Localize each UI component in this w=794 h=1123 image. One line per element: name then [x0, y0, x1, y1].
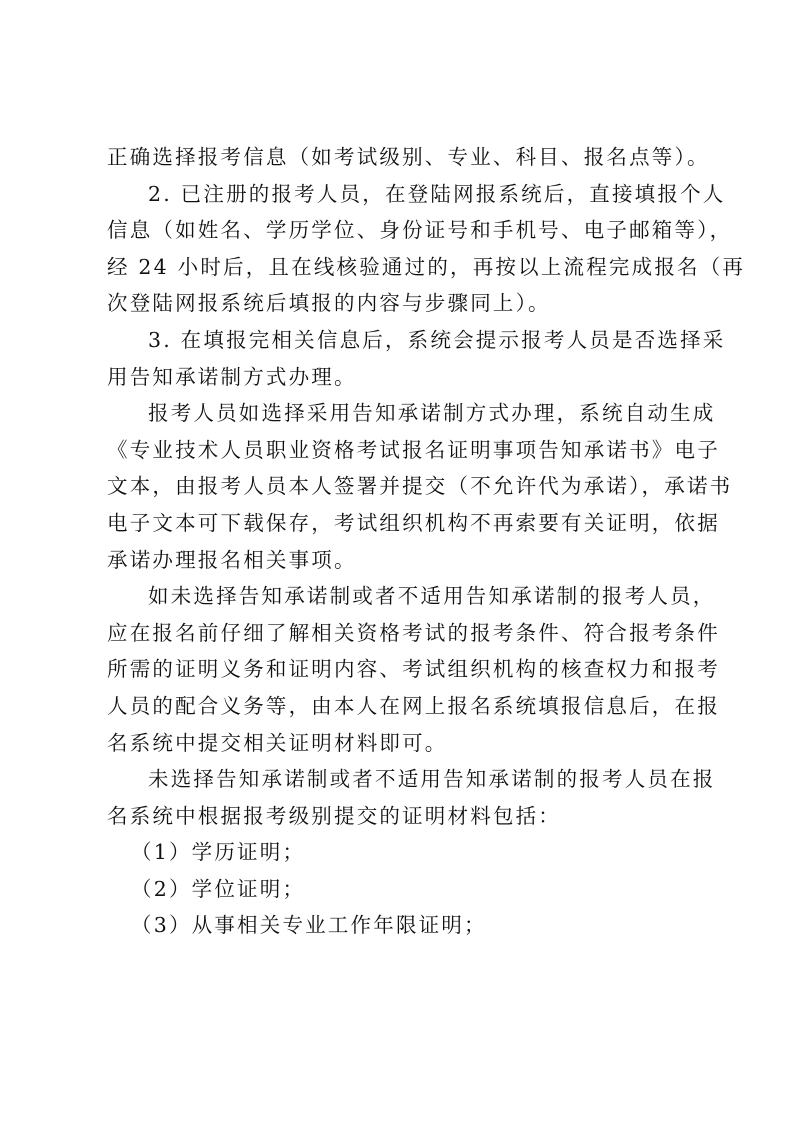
text-line: 人员的配合义务等，由本人在网上报名系统填报信息后，在报: [107, 688, 691, 725]
text-line: 经 24 小时后，且在线核验通过的，再按以上流程完成报名（再: [107, 249, 691, 286]
text-line: 所需的证明义务和证明内容、考试组织机构的核查权力和报考: [107, 651, 691, 688]
text-line: 用告知承诺制方式办理。: [107, 359, 691, 396]
text-line: 未选择告知承诺制或者不适用告知承诺制的报考人员在报: [107, 761, 691, 798]
list-item: （3）从事相关专业工作年限证明；: [107, 907, 691, 944]
text-line: 名系统中提交相关证明材料即可。: [107, 725, 691, 762]
text-line: 名系统中根据报考级别提交的证明材料包括：: [107, 798, 691, 835]
text-line: 应在报名前仔细了解相关资格考试的报考条件、符合报考条件: [107, 615, 691, 652]
text-line: 次登陆网报系统后填报的内容与步骤同上）。: [107, 285, 691, 322]
text-line: 承诺办理报名相关事项。: [107, 542, 691, 579]
list-item: （2）学位证明；: [107, 871, 691, 908]
text-line: 报考人员如选择采用告知承诺制方式办理，系统自动生成: [107, 395, 691, 432]
text-line: 文本，由报考人员本人签署并提交（不允许代为承诺），承诺书: [107, 468, 691, 505]
text-line: 电子文本可下载保存，考试组织机构不再索要有关证明，依据: [107, 505, 691, 542]
text-line: 3. 在填报完相关信息后，系统会提示报考人员是否选择采: [107, 322, 691, 359]
text-line: 如未选择告知承诺制或者不适用告知承诺制的报考人员，: [107, 578, 691, 615]
document-page: 正确选择报考信息（如考试级别、专业、科目、报名点等）。 2. 已注册的报考人员，…: [107, 139, 691, 944]
list-item: （1）学历证明；: [107, 834, 691, 871]
text-line: 信息（如姓名、学历学位、身份证号和手机号、电子邮箱等），: [107, 212, 691, 249]
text-line: 正确选择报考信息（如考试级别、专业、科目、报名点等）。: [107, 139, 691, 176]
text-line: 2. 已注册的报考人员，在登陆网报系统后，直接填报个人: [107, 176, 691, 213]
text-line: 《专业技术人员职业资格考试报名证明事项告知承诺书》电子: [107, 432, 691, 469]
